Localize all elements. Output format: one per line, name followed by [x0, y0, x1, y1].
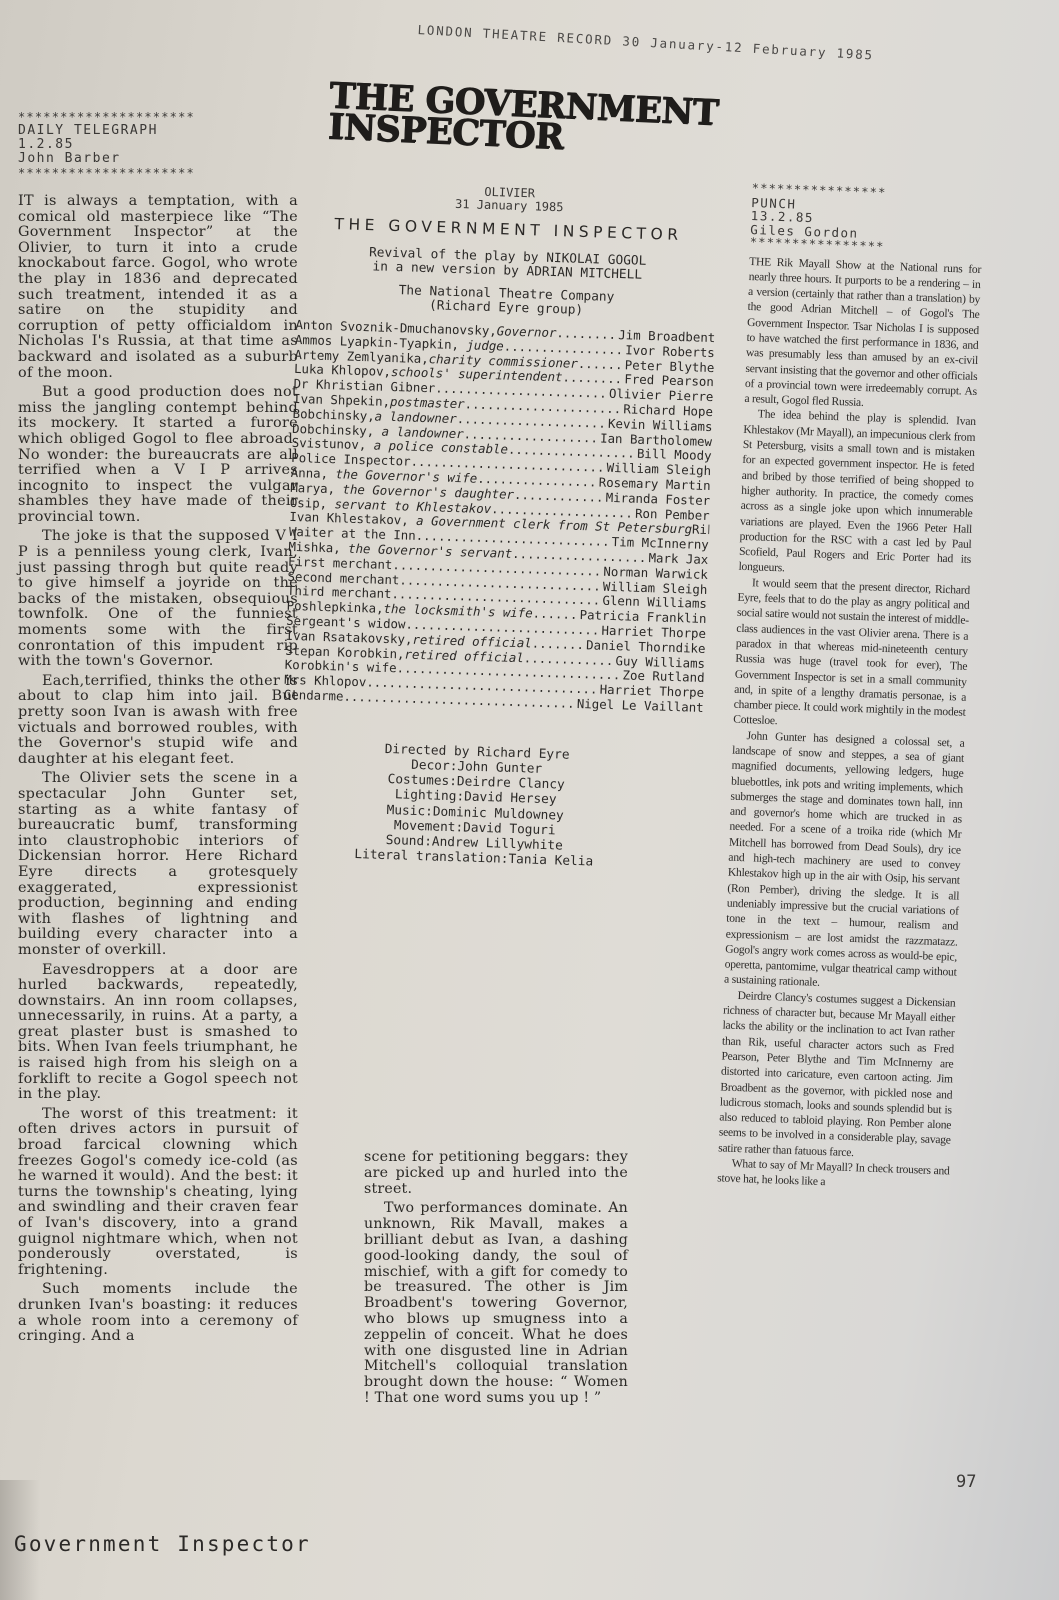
review-body: THE Rik Mayall Show at the National runs… [717, 253, 981, 1194]
dot-leader [578, 356, 625, 372]
play-title: THE GOVERNMENT INSPECTOR [298, 214, 718, 245]
character-description: a landowner [381, 423, 463, 441]
character-description: judge [466, 337, 504, 353]
section-footer-title: Government Inspector [14, 1532, 311, 1556]
review-paragraph: But a good production does not miss the … [18, 385, 298, 525]
review-paragraph: It would seem that the present director,… [733, 574, 970, 735]
production-listing: OLIVIER 31 January 1985 THE GOVERNMENT I… [279, 180, 720, 873]
running-header: LONDON THEATRE RECORD 30 January-12 Febr… [417, 22, 917, 65]
magazine-page: LONDON THEATRE RECORD 30 January-12 Febr… [0, 0, 1059, 1600]
punch-review: **************** PUNCH 13.2.85 Giles Gor… [717, 182, 984, 1194]
review-continuation: scene for petitioning beggars: they are … [364, 1150, 628, 1411]
actor-name: Rik Mayall [692, 523, 710, 538]
character-name: Mrs Khlopov [284, 673, 366, 690]
critic-name: John Barber [18, 152, 298, 166]
company-credit: The National Theatre Company (Richard Ey… [296, 281, 717, 321]
review-paragraph: Eavesdroppers at a door are hurled backw… [18, 963, 298, 1103]
review-date: 1.2.85 [18, 138, 298, 152]
star-divider-top: ********************* [18, 110, 298, 124]
character-name: Marya, [290, 481, 343, 497]
review-paragraph: The worst of this treatment: it often dr… [18, 1107, 298, 1279]
character-name: Osip, [290, 495, 335, 510]
character-name: Mishka, [288, 540, 348, 556]
review-paragraph: THE Rik Mayall Show at the National runs… [744, 253, 981, 414]
review-paragraph: scene for petitioning beggars: they are … [364, 1150, 628, 1197]
page-number: 97 [956, 1472, 976, 1492]
dot-leader [532, 607, 579, 623]
character-description: a landowner [374, 408, 456, 426]
review-paragraph: The idea behind the play is splendid. Iv… [738, 406, 976, 582]
review-paragraph: Such moments include the drunken Ivan's … [18, 1282, 298, 1344]
review-paragraph: IT is always a temptation, with a comica… [18, 194, 298, 381]
dot-leader [532, 636, 587, 652]
review-paragraph: The joke is that the supposed V I P is a… [18, 529, 298, 669]
masthead-title: THE GOVERNMENT INSPECTOR [327, 80, 729, 160]
review-paragraph: John Gunter has designed a colossal set,… [724, 727, 965, 995]
character: Gendarme [284, 688, 344, 705]
review-header: ********************* DAILY TELEGRAPH 1.… [18, 110, 298, 180]
character-description: Governor [497, 323, 557, 340]
publication-name: DAILY TELEGRAPH [18, 124, 298, 138]
character-name: Svistunov, [292, 436, 374, 453]
character-name: Anna, [291, 466, 336, 481]
character-description: postmaster [390, 394, 465, 411]
star-divider-bottom: ********************* [18, 166, 298, 180]
daily-telegraph-review: ********************* DAILY TELEGRAPH 1.… [18, 110, 298, 1349]
crew-credits: Directed by Richard EyreDecor:John Gunte… [249, 738, 703, 874]
authorship-credit: Revival of the play by NIKOLAI GOGOL in … [297, 244, 718, 284]
cast-list: Anton Svoznik-Dmuchanovsky,GovernorJim B… [284, 318, 716, 716]
review-paragraph: Deirdre Clancy's costumes suggest a Dick… [718, 987, 956, 1163]
review-paragraph: Two performances dominate. An unknown, R… [364, 1201, 628, 1406]
character-name: Gendarme [284, 688, 344, 704]
character-name: Bobchinsky, [292, 407, 374, 424]
actor-name: Nigel Le Vaillant [577, 697, 704, 716]
review-header: **************** PUNCH 13.2.85 Giles Gor… [750, 182, 984, 258]
